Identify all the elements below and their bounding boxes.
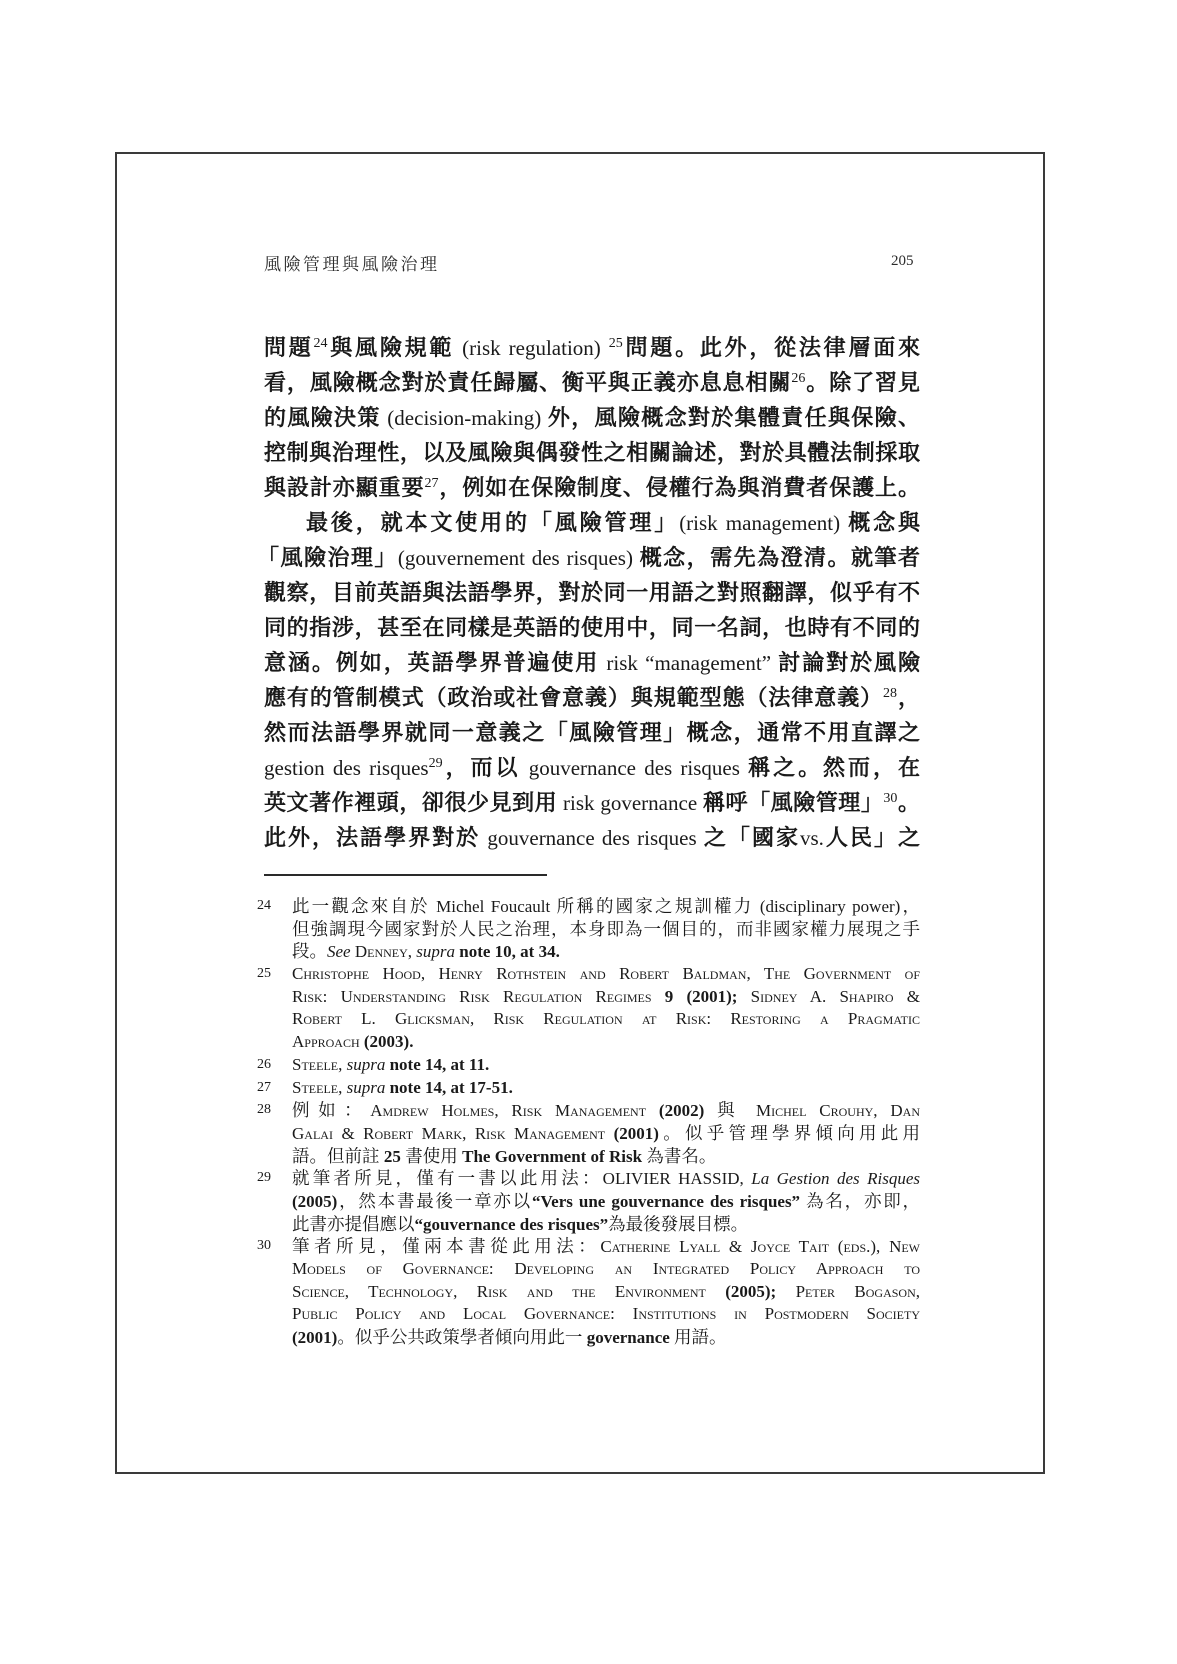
text-run: 書使用 (401, 1146, 462, 1166)
footnote-line: 此書亦提倡應以“gouvernance des risques”為最後發展目標。 (292, 1213, 920, 1236)
text-run: 的風險決策 (264, 405, 381, 430)
text-run: 。除了習見 (805, 370, 920, 395)
text-run: 段。 (292, 941, 327, 961)
text-run: 稱之。然而，在 (748, 755, 920, 780)
text-run: (disciplinary power) (753, 897, 900, 916)
text-run: supra (416, 942, 455, 961)
text-run: gouvernance des risques (480, 826, 704, 850)
text-run: Christophe Hood, Henry Rothstein and Rob… (292, 964, 920, 983)
page-number: 205 (891, 253, 914, 270)
text-run: 同的指涉，甚至在同樣是英語的使用中，同一名詞，也時有不同的 (264, 615, 920, 640)
text-run: 26 (791, 371, 805, 386)
text-run: 此書亦提倡應以 (292, 1214, 415, 1234)
scanned-page-canvas: 風險管理與風險治理 205 問題24與風險規範 (risk regulation… (0, 0, 1177, 1664)
text-run: 稱呼「風險管理」 (703, 790, 883, 815)
footnote-line: 筆者所見，僅兩本書從此用法：Catherine Lyall & Joyce Ta… (292, 1235, 920, 1258)
text-run: Robert L. Glicksman, Risk Regulation at … (292, 1009, 920, 1028)
body-line: 同的指涉，甚至在同樣是英語的使用中，同一名詞，也時有不同的 (264, 610, 920, 645)
footnote-line: Robert L. Glicksman, Risk Regulation at … (292, 1008, 920, 1031)
text-run: Science, Technology, Risk and the Enviro… (292, 1282, 706, 1301)
text-run: ， (900, 896, 920, 916)
text-run: (2001) (292, 1328, 337, 1347)
text-run: 此一觀念來自於 (292, 896, 430, 916)
footnote-number: 30 (257, 1235, 271, 1257)
text-run: ，然本書最後一章亦以 (337, 1191, 532, 1211)
text-run: Michel Crouhy, Dan (743, 1101, 920, 1120)
text-run: 最後，就本文使用的「風險管理」 (306, 510, 679, 535)
text-run: 28 (883, 686, 897, 701)
footnote: 29就筆者所見，僅有一書以此用法：OLIVIER HASSID, La Gest… (257, 1167, 920, 1235)
text-run: 控制與治理性，以及風險與偶發性之相關論述，對於具體法制採取 (264, 440, 920, 465)
text-run: Denney (355, 942, 408, 961)
text-run: (2005); (706, 1282, 796, 1301)
footnote-number: 24 (257, 895, 271, 917)
body-line: 看，風險概念對於責任歸屬、衡平與正義亦息息相關26。除了習見 (264, 365, 920, 400)
footnote-line: Risk: Understanding Risk Regulation Regi… (292, 986, 920, 1009)
text-run: 。 (897, 790, 920, 815)
text-run: (risk regulation) (454, 336, 609, 360)
body-line: 此外，法語學界對於 gouvernance des risques 之「國家vs… (264, 820, 920, 855)
text-run: 問題。此外，從法律層面來 (623, 335, 920, 360)
text-run: (2002) (646, 1101, 717, 1120)
text-run: ，而以 (443, 755, 521, 780)
text-run: 英文著作裡頭，卻很少見到用 (264, 790, 557, 815)
text-run: risk governance (557, 791, 703, 815)
text-run: 所稱的國家之規訓權力 (557, 896, 754, 916)
body-text: 問題24與風險規範 (risk regulation) 25問題。此外，從法律層… (264, 330, 920, 855)
body-line: 意涵。例如，英語學界普遍使用 risk “management” 討論對於風險 (264, 645, 920, 680)
text-run: 。似乎管理學界傾向用此用 (659, 1123, 920, 1143)
text-run: 然而法語學界就同一意義之「風險管理」概念，通常不用直譯之 (264, 720, 920, 745)
text-run: (gouvernement des risques) (398, 546, 640, 570)
footnote-separator (264, 874, 547, 876)
footnote-line: 語。但前註 25 書使用 The Government of Risk 為書名。 (292, 1145, 920, 1168)
text-run: , (338, 1078, 347, 1097)
text-run: 看，風險概念對於責任歸屬、衡平與正義亦息息相關 (264, 370, 791, 395)
footnote-number: 28 (257, 1099, 271, 1121)
text-run: 就筆者所見，僅有一書以此用法： (292, 1168, 603, 1188)
body-line: 然而法語學界就同一意義之「風險管理」概念，通常不用直譯之 (264, 715, 920, 750)
footnote-line: Approach (2003). (292, 1031, 920, 1054)
text-run: 意涵。例如，英語學界普遍使用 (264, 650, 599, 675)
text-run: , (338, 1055, 347, 1074)
body-line: 「風險治理」(gouvernement des risques) 概念，需先為澄… (257, 540, 920, 575)
text-run: 25 (609, 336, 623, 351)
text-run: 24 (314, 336, 328, 351)
footnote: 26Steele, supra note 14, at 11. (257, 1054, 920, 1077)
text-run: 但強調現今國家對於人民之治理，本身即為一個目的，而非國家權力展現之手 (292, 919, 920, 939)
footnote-line: Steele, supra note 14, at 11. (292, 1054, 920, 1077)
footnote-line: Christophe Hood, Henry Rothstein and Rob… (292, 963, 920, 986)
text-run: Galai & Robert Mark, Risk Management (292, 1124, 605, 1143)
body-line: 應有的管制模式（政治或社會意義）與規範型態（法律意義）28， (264, 680, 920, 715)
text-run: 應有的管制模式（政治或社會意義）與規範型態（法律意義） (264, 685, 883, 710)
text-run: supra (347, 1078, 386, 1097)
text-run: OLIVIER HASSID, (603, 1169, 752, 1188)
footnote: 24此一觀念來自於 Michel Foucault 所稱的國家之規訓權力 (di… (257, 895, 920, 963)
text-run: 筆者所見，僅兩本書從此用法： (292, 1236, 600, 1256)
text-run: 概念與 (848, 510, 920, 535)
footnotes: 24此一觀念來自於 Michel Foucault 所稱的國家之規訓權力 (di… (257, 895, 920, 1349)
text-run: Catherine Lyall & Joyce Tait (eds.), New (600, 1237, 920, 1256)
footnote-line: Models of Governance: Developing an Inte… (292, 1258, 920, 1281)
text-run: 與風險規範 (328, 335, 455, 360)
text-run: 概念，需先為澄清。就筆者 (640, 545, 920, 570)
footnote: 28例如：Amdrew Holmes, Risk Management (200… (257, 1099, 920, 1167)
page-frame: 風險管理與風險治理 205 問題24與風險規範 (risk regulation… (115, 152, 1045, 1474)
text-run: La Gestion des Risques (751, 1169, 920, 1188)
footnote-line: Public Policy and Local Governance: Inst… (292, 1303, 920, 1326)
text-run: vs. (800, 826, 824, 850)
text-run: (2001) (605, 1124, 659, 1143)
running-header-title: 風險管理與風險治理 (264, 250, 440, 275)
footnote-line: 此一觀念來自於 Michel Foucault 所稱的國家之規訓權力 (disc… (292, 895, 920, 918)
text-run: Sidney A. Shapiro & (751, 987, 920, 1006)
text-run: 用語。 (674, 1327, 727, 1347)
footnote-number: 26 (257, 1054, 271, 1076)
text-run: 與 (717, 1100, 743, 1120)
text-run: risk “management” (599, 651, 778, 675)
footnote-number: 29 (257, 1167, 271, 1189)
footnote-line: Steele, supra note 14, at 17-51. (292, 1077, 920, 1100)
text-run: Public Policy and Local Governance: Inst… (292, 1304, 920, 1323)
footnote-line: Science, Technology, Risk and the Enviro… (292, 1281, 920, 1304)
footnote: 27Steele, supra note 14, at 17-51. (257, 1077, 920, 1100)
text-run: 外，風險概念對於集體責任與保險、 (548, 405, 920, 430)
text-run: note 14, at 11. (385, 1055, 489, 1074)
text-run: 與設計亦顯重要 (264, 475, 425, 500)
text-run: 29 (429, 756, 443, 771)
body-line: gestion des risques29，而以 gouvernance des… (264, 750, 920, 785)
body-line: 與設計亦顯重要27，例如在保險制度、侵權行為與消費者保護上。 (264, 470, 920, 505)
footnote-number: 25 (257, 963, 271, 985)
text-run: 討論對於風險 (778, 650, 920, 675)
text-run: , (408, 942, 417, 961)
footnote-line: (2001)。似乎公共政策學者傾向用此一 governance 用語。 (292, 1326, 920, 1349)
text-run: Approach (292, 1032, 360, 1051)
text-run: gouvernance des risques (520, 756, 748, 780)
footnote-line: 例如：Amdrew Holmes, Risk Management (2002)… (292, 1099, 920, 1122)
text-run: 人民」之 (824, 825, 920, 850)
footnote-line: 段。See Denney, supra note 10, at 34. (292, 940, 920, 963)
text-run: Models of Governance: Developing an Inte… (292, 1259, 920, 1278)
text-run: 例如： (292, 1100, 370, 1120)
text-run: 觀察，目前英語與法語學界，對於同一用語之對照翻譯，似乎有不 (264, 580, 920, 605)
text-run: supra (347, 1055, 386, 1074)
text-run: gestion des risques (264, 756, 429, 780)
text-run: 為名，亦即， (806, 1191, 920, 1211)
body-line: 觀察，目前英語與法語學界，對於同一用語之對照翻譯，似乎有不 (264, 575, 920, 610)
text-run: 「風險治理」 (257, 545, 398, 570)
footnote: 30筆者所見，僅兩本書從此用法：Catherine Lyall & Joyce … (257, 1235, 920, 1348)
text-run: Steele (292, 1078, 338, 1097)
text-run: 。似乎公共政策學者傾向用此一 (337, 1327, 586, 1347)
text-run: note 14, at 17-51. (385, 1078, 512, 1097)
footnote-line: 就筆者所見，僅有一書以此用法：OLIVIER HASSID, La Gestio… (292, 1167, 920, 1190)
text-run: 25 (384, 1147, 401, 1166)
text-run: Risk: Understanding Risk Regulation Regi… (292, 987, 652, 1006)
text-run: Peter Bogason, (796, 1282, 920, 1301)
text-run: The Government of Risk (462, 1147, 642, 1166)
text-run: “Vers une gouvernance des risques” (532, 1192, 806, 1211)
text-run: 語。但前註 (292, 1146, 384, 1166)
text-run: 之「國家 (704, 825, 800, 850)
text-run: 為最後發展目標。 (608, 1214, 748, 1234)
text-run: 問題 (264, 335, 314, 360)
text-run: 9 (2001); (652, 987, 751, 1006)
text-run: “gouvernance des risques” (415, 1215, 609, 1234)
text-run: ， (897, 685, 920, 710)
footnote-number: 27 (257, 1077, 271, 1099)
text-run: 30 (883, 791, 897, 806)
text-run: 27 (425, 476, 439, 491)
text-run: Michel Foucault (430, 897, 557, 916)
text-run: (risk management) (679, 511, 848, 535)
text-run: (2003). (360, 1032, 414, 1051)
footnote-line: (2005)，然本書最後一章亦以“Vers une gouvernance de… (292, 1190, 920, 1213)
text-run: See (327, 942, 355, 961)
text-run: governance (587, 1328, 674, 1347)
body-line: 控制與治理性，以及風險與偶發性之相關論述，對於具體法制採取 (264, 435, 920, 470)
text-run: Steele (292, 1055, 338, 1074)
body-line: 的風險決策 (decision-making) 外，風險概念對於集體責任與保險、 (264, 400, 920, 435)
body-line: 最後，就本文使用的「風險管理」(risk management) 概念與 (264, 505, 920, 540)
footnote-line: 但強調現今國家對於人民之治理，本身即為一個目的，而非國家權力展現之手 (292, 918, 920, 941)
footnote: 25Christophe Hood, Henry Rothstein and R… (257, 963, 920, 1054)
text-run: 為書名。 (642, 1146, 716, 1166)
body-line: 英文著作裡頭，卻很少見到用 risk governance 稱呼「風險管理」30… (264, 785, 920, 820)
text-run: (2005) (292, 1192, 337, 1211)
text-run: ，例如在保險制度、侵權行為與消費者保護上。 (439, 475, 920, 500)
footnote-line: Galai & Robert Mark, Risk Management (20… (292, 1122, 920, 1145)
text-run: note 10, at 34. (455, 942, 560, 961)
text-run: Amdrew Holmes, Risk Management (370, 1101, 646, 1120)
text-run: 此外，法語學界對於 (264, 825, 480, 850)
body-line: 問題24與風險規範 (risk regulation) 25問題。此外，從法律層… (264, 330, 920, 365)
text-run: (decision-making) (381, 406, 548, 430)
